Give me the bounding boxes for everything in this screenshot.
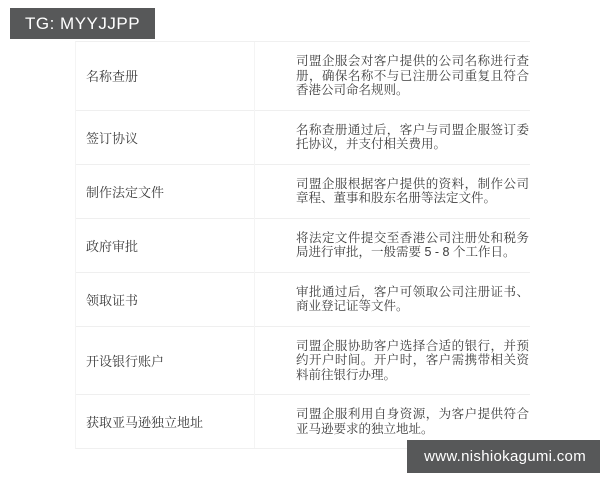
telegram-contact-badge: TG: MYYJJPP: [10, 8, 155, 39]
step-name: 签订协议: [76, 128, 296, 147]
step-name: 政府审批: [76, 236, 296, 255]
registration-process-table: 名称查册 司盟企服会对客户提供的公司名称进行查册，确保名称不与已注册公司重复且符…: [75, 41, 530, 449]
telegram-contact-label: TG: MYYJJPP: [25, 14, 140, 34]
website-url-label: www.nishiokagumi.com: [424, 448, 586, 465]
table-row: 签订协议 名称查册通过后，客户与司盟企服签订委托协议，并支付相关费用。: [76, 110, 530, 164]
step-description: 司盟企服根据客户提供的资料，制作公司章程、董事和股东名册等法定文件。: [296, 165, 530, 218]
step-description: 司盟企服协助客户选择合适的银行，并预约开户时间。开户时，客户需携带相关资料前往银…: [296, 327, 530, 395]
table-row: 名称查册 司盟企服会对客户提供的公司名称进行查册，确保名称不与已注册公司重复且符…: [76, 42, 530, 110]
step-name: 名称查册: [76, 66, 296, 85]
website-watermark-badge: www.nishiokagumi.com: [407, 440, 600, 473]
table-row: 领取证书 审批通过后，客户可领取公司注册证书、商业登记证等文件。: [76, 272, 530, 326]
step-description: 名称查册通过后，客户与司盟企服签订委托协议，并支付相关费用。: [296, 111, 530, 164]
table-row: 开设银行账户 司盟企服协助客户选择合适的银行，并预约开户时间。开户时，客户需携带…: [76, 326, 530, 395]
step-description: 将法定文件提交至香港公司注册处和税务局进行审批，一般需要 5 - 8 个工作日。: [296, 219, 530, 272]
step-name: 领取证书: [76, 290, 296, 309]
step-description: 审批通过后，客户可领取公司注册证书、商业登记证等文件。: [296, 273, 530, 326]
step-description: 司盟企服会对客户提供的公司名称进行查册，确保名称不与已注册公司重复且符合香港公司…: [296, 42, 530, 110]
column-divider: [254, 42, 255, 448]
table-row: 制作法定文件 司盟企服根据客户提供的资料，制作公司章程、董事和股东名册等法定文件…: [76, 164, 530, 218]
table-row: 政府审批 将法定文件提交至香港公司注册处和税务局进行审批，一般需要 5 - 8 …: [76, 218, 530, 272]
step-name: 制作法定文件: [76, 182, 296, 201]
step-name: 开设银行账户: [76, 351, 296, 370]
step-name: 获取亚马逊独立地址: [76, 412, 296, 431]
page: { "header": { "badge_label": "TG: MYYJJP…: [0, 0, 600, 480]
